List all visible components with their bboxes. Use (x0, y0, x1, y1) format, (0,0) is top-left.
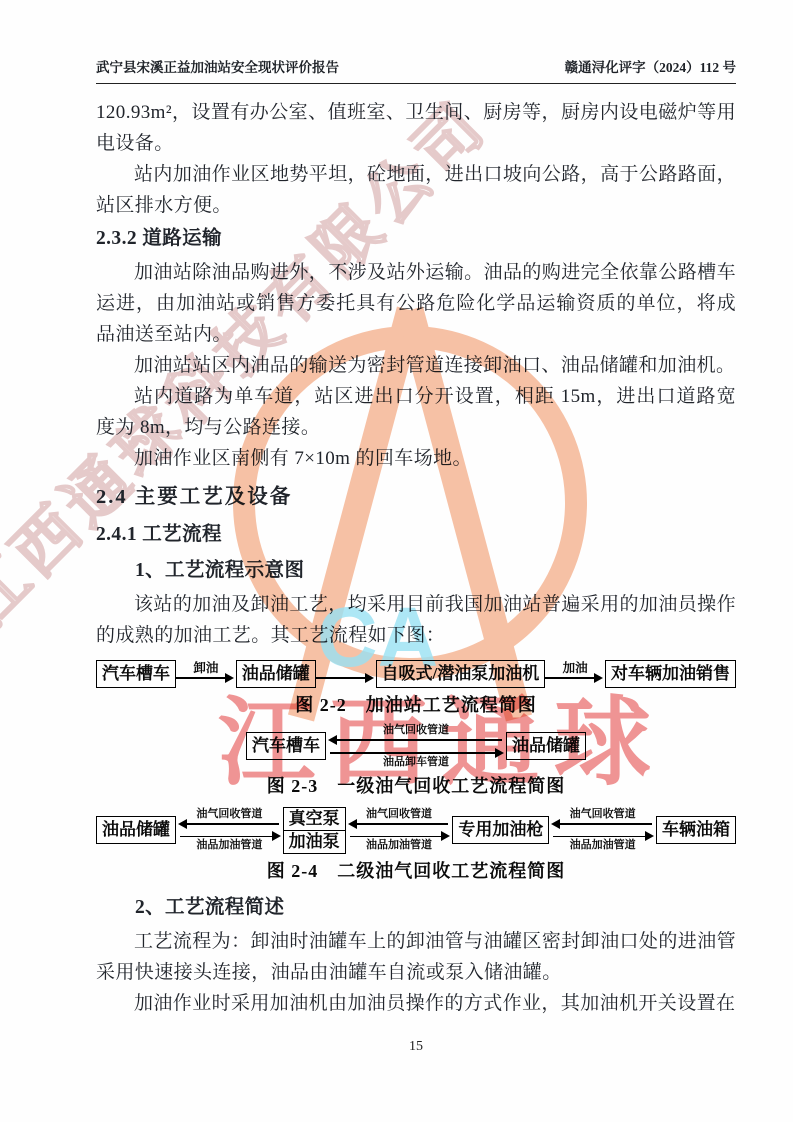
flow-arrow-refuel: 加油 (545, 661, 605, 687)
flow-arrow-plain (316, 661, 376, 687)
figure-2-4-flow-diagram: 油品储罐 油气回收管道 油品加油管道 真空泵 加油泵 油气回收管道 油品加油管道… (96, 807, 736, 854)
header-report-title: 武宁县宋溪正益加油站安全现状评价报告 (96, 56, 339, 76)
flow-node-storage-tank: 油品储罐 (506, 732, 586, 760)
arrow-line-left (180, 823, 279, 825)
fuel-pump-label: 加油泵 (284, 831, 345, 853)
paragraph: 工艺流程为：卸油时油罐车上的卸油管与油罐区密封卸油口处的进油管采用快速接头连接，… (96, 926, 736, 988)
subheading-flow-diagram: 1、工艺流程示意图 (96, 553, 736, 588)
section-heading-2-4: 2.4 主要工艺及设备 (96, 478, 736, 516)
arrow-line-left (330, 739, 502, 741)
vacuum-pump-label: 真空泵 (284, 808, 345, 831)
paragraph: 120.93m²，设置有办公室、值班室、卫生间、厨房等，厨房内设电磁炉等用电设备… (96, 97, 736, 159)
paragraph: 站内道路为单车道，站区进出口分开设置，相距 15m，进出口道路宽度为 8m，均与… (96, 381, 736, 443)
paragraph: 加油作业时采用加油机由加油员操作的方式作业，其加油机开关设置在 (96, 988, 736, 1019)
flow-node-dispenser: 自吸式/潜油泵加油机 (376, 660, 546, 688)
link-gap (349, 827, 450, 834)
vapor-recovery-pipe-label: 油气回收管道 (329, 724, 503, 737)
section-heading-2-4-1: 2.4.1 工艺流程 (96, 518, 736, 552)
flow-arrow-unload: 卸油 (176, 661, 236, 687)
flow-double-link: 油气回收管道 油品加油管道 (176, 808, 283, 853)
subheading-flow-description: 2、工艺流程简述 (96, 890, 736, 925)
flow-node-pumps: 真空泵 加油泵 (283, 807, 346, 854)
paragraph: 加油站站区内油品的输送为密封管道连接卸油口、油品储罐和加油机。 (96, 350, 736, 381)
figure-caption-2-2: 图 2-2 加油站工艺流程简图 (96, 691, 736, 717)
flow-node-storage-tank: 油品储罐 (236, 660, 316, 688)
arrow-line-right (330, 752, 502, 754)
section-heading-2-3-2: 2.3.2 道路运输 (96, 222, 736, 256)
flow-node-storage-tank: 油品储罐 (96, 816, 176, 844)
vapor-recovery-pipe-label: 油气回收管道 (552, 808, 653, 821)
link-gap (179, 827, 280, 834)
vapor-recovery-pipe-label: 油气回收管道 (349, 808, 450, 821)
page-header: 武宁县宋溪正益加油站安全现状评价报告 赣通浔化评字（2024）112 号 (96, 56, 736, 84)
arrow-line (316, 677, 372, 679)
oil-fueling-pipe-label: 油品加油管道 (552, 839, 653, 852)
oil-fueling-pipe-label: 油品加油管道 (349, 839, 450, 852)
arrow-line-right (180, 836, 279, 838)
paragraph: 站内加油作业区地势平坦，砼地面，进出口坡向公路，高于公路路面，站区排水方便。 (96, 159, 736, 221)
flow-node-nozzle: 专用加油枪 (452, 816, 549, 844)
figure-2-2-flow-diagram: 汽车槽车 卸油 油品储罐 自吸式/潜油泵加油机 加油 对车辆加油销售 (96, 660, 736, 688)
arrow-line-right (553, 836, 652, 838)
arrow-line-left (553, 823, 652, 825)
flow-node-vehicle-fuel-tank: 车辆油箱 (656, 816, 736, 844)
flow-node-tank-truck: 汽车槽车 (246, 732, 326, 760)
page-number: 15 (96, 1039, 736, 1055)
arrow-line (545, 677, 601, 679)
oil-unloading-pipe-label: 油品卸车管道 (329, 756, 503, 769)
vapor-recovery-pipe-label: 油气回收管道 (179, 808, 280, 821)
link-gap (552, 827, 653, 834)
figure-caption-2-4: 图 2-4 二级油气回收工艺流程简图 (96, 857, 736, 883)
link-gap (329, 743, 503, 750)
paragraph: 该站的加油及卸油工艺，均采用目前我国加油站普遍采用的加油员操作的成熟的加油工艺。… (96, 589, 736, 651)
header-document-number: 赣通浔化评字（2024）112 号 (565, 56, 736, 76)
figure-2-3-flow-diagram: 汽车槽车 油气回收管道 油品卸车管道 油品储罐 (246, 724, 586, 769)
flow-double-link: 油气回收管道 油品卸车管道 (326, 724, 506, 769)
arrow-line-right (350, 836, 449, 838)
flow-double-link: 油气回收管道 油品加油管道 (549, 808, 656, 853)
flow-node-vehicle-sales: 对车辆加油销售 (605, 660, 736, 688)
flow-double-link: 油气回收管道 油品加油管道 (346, 808, 453, 853)
paragraph: 加油作业区南侧有 7×10m 的回车场地。 (96, 443, 736, 474)
figure-caption-2-3: 图 2-3 一级油气回收工艺流程简图 (96, 772, 736, 798)
arrow-line (176, 677, 232, 679)
document-page: 江西通球科技有限公司 CA 江西通球 武宁县宋溪正益加油站安全现状评价报告 赣通… (0, 0, 793, 1122)
page-content: 武宁县宋溪正益加油站安全现状评价报告 赣通浔化评字（2024）112 号 120… (0, 0, 793, 1055)
oil-fueling-pipe-label: 油品加油管道 (179, 839, 280, 852)
arrow-line-left (350, 823, 449, 825)
flow-node-tank-truck: 汽车槽车 (96, 660, 176, 688)
paragraph: 加油站除油品购进外，不涉及站外运输。油品的购进完全依靠公路槽车运进，由加油站或销… (96, 257, 736, 350)
